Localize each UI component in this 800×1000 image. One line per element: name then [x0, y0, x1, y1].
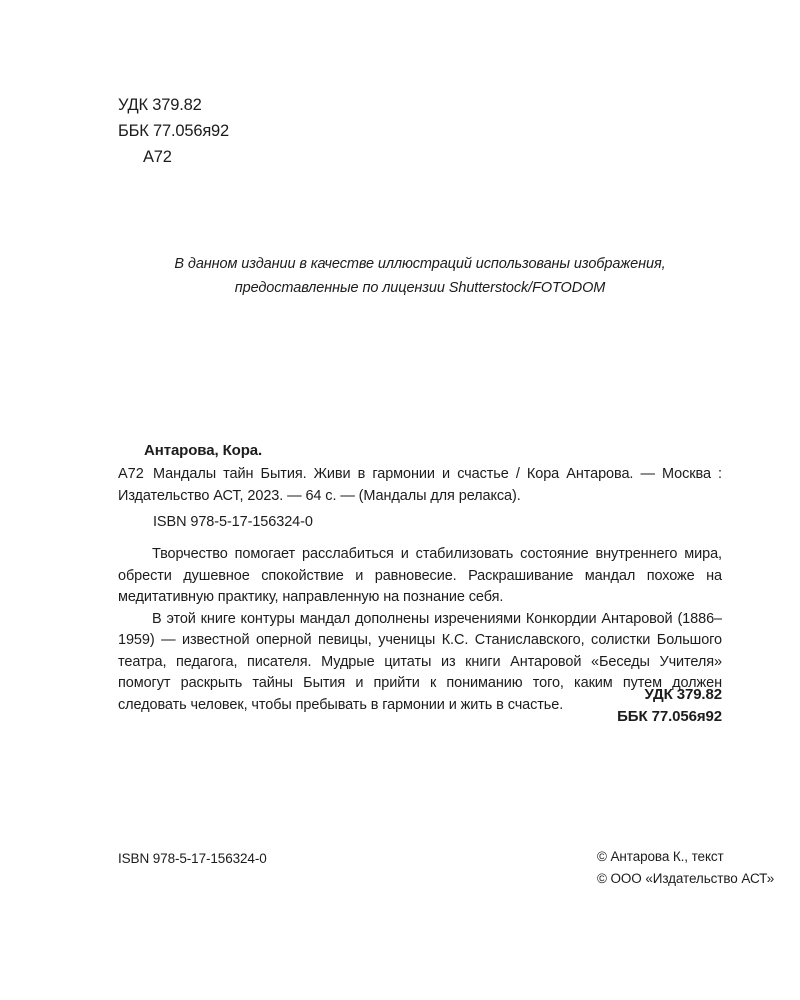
bib-author-code: А72 [118, 464, 144, 486]
copyright-author-line: © Антарова К., текст [597, 846, 774, 868]
license-note-line2: предоставленные по лицензии Shutterstock… [118, 276, 722, 300]
bib-isbn: ISBN 978-5-17-156324-0 [153, 512, 313, 534]
bbk-bottom: ББК 77.056я92 [118, 706, 722, 728]
copyright-publisher-line: © ООО «Издательство АСТ» [597, 868, 774, 890]
bib-entry-text: Мандалы тайн Бытия. Живи в гармонии и сч… [118, 464, 722, 507]
footer-isbn: ISBN 978-5-17-156324-0 [118, 848, 267, 870]
annotation-paragraph-1: Творчество помогает расслабиться и стаби… [118, 544, 722, 609]
license-note-line1: В данном издании в качестве иллюстраций … [118, 252, 722, 276]
bottom-codes-block: УДК 379.82 ББК 77.056я92 [118, 684, 722, 728]
bib-author-heading: Антарова, Кора. [144, 442, 262, 459]
top-codes-block: УДК 379.82 ББК 77.056я92 А72 [118, 92, 229, 170]
udk-top: УДК 379.82 [118, 92, 229, 118]
udk-bottom: УДК 379.82 [118, 684, 722, 706]
author-code-top: А72 [118, 144, 229, 170]
license-note: В данном издании в качестве иллюстраций … [118, 252, 722, 300]
book-copyright-page: УДК 379.82 ББК 77.056я92 А72 В данном из… [0, 0, 800, 1000]
bbk-top: ББК 77.056я92 [118, 118, 229, 144]
copyright-block: © Антарова К., текст © ООО «Издательство… [597, 846, 774, 890]
bib-entry-block: А72 Мандалы тайн Бытия. Живи в гармонии … [118, 464, 722, 507]
